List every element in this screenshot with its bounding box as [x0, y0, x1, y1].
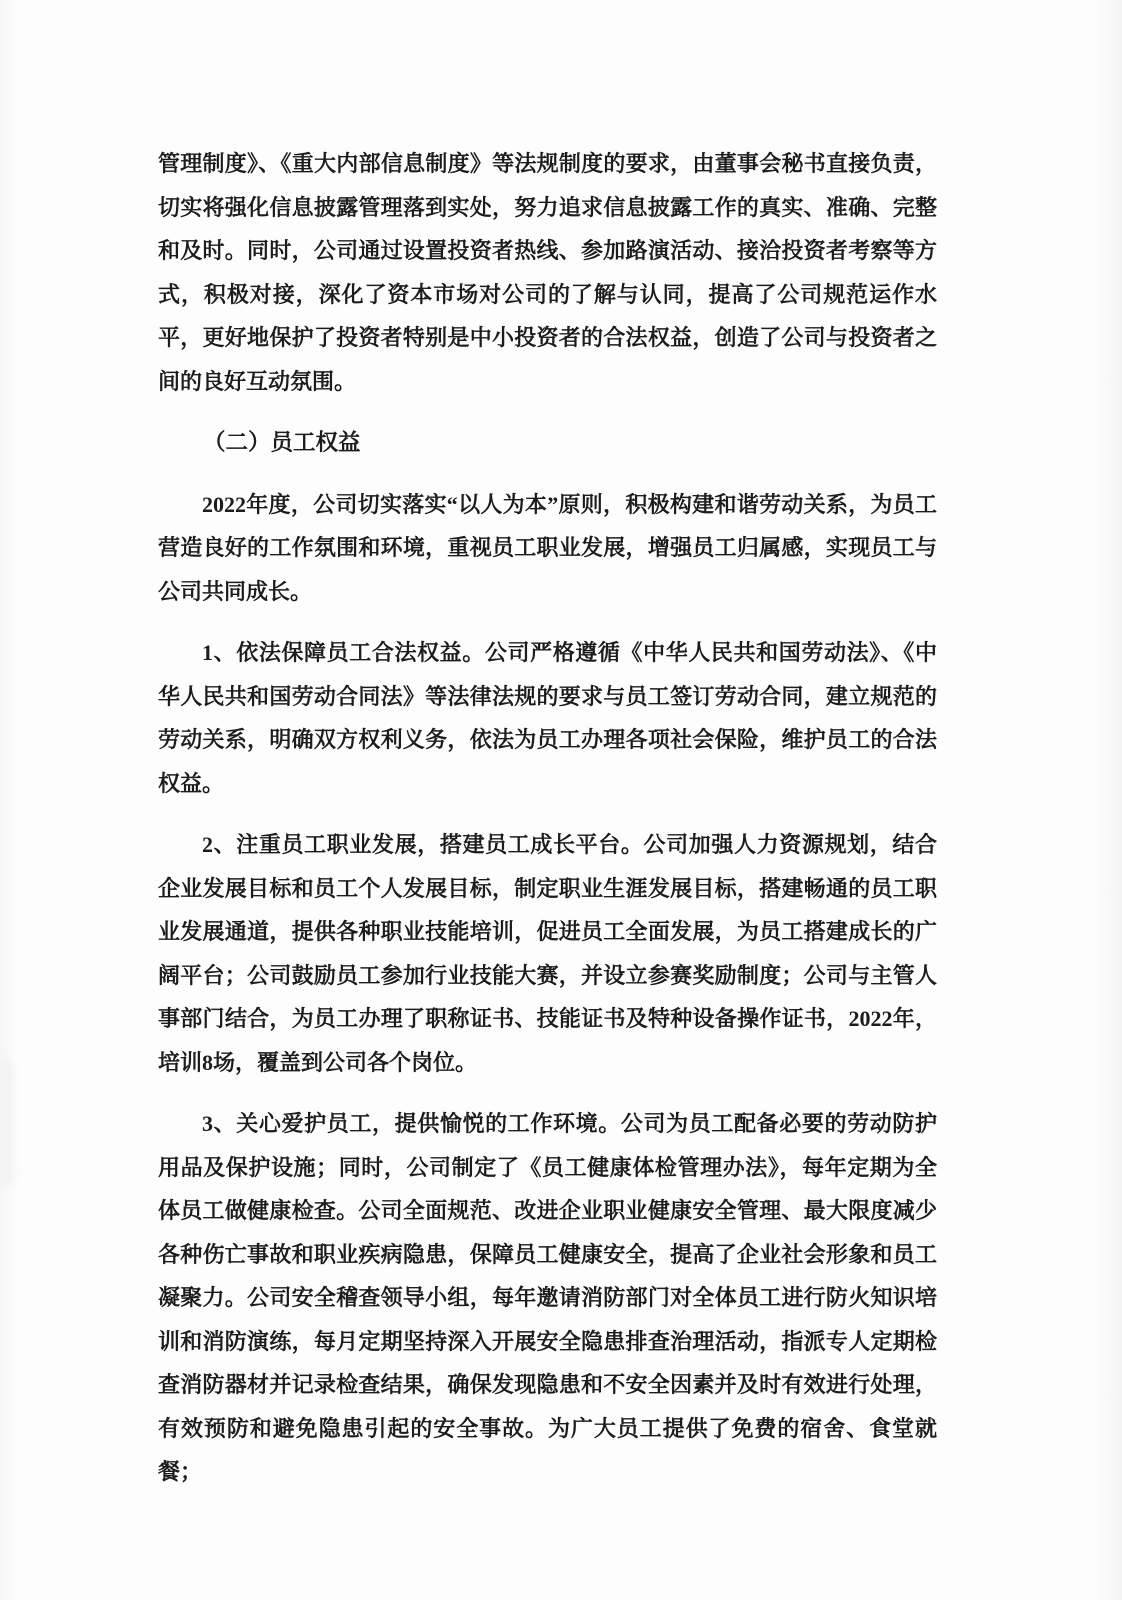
paragraph-continuation: 管理制度》、《重大内部信息制度》等法规制度的要求，由董事会秘书直接负责，切实将强… — [158, 142, 937, 403]
paragraph-item-3: 3、关心爱护员工，提供愉悦的工作环境。公司为员工配备必要的劳动防护用品及保护设施… — [158, 1102, 937, 1494]
document-page: 管理制度》、《重大内部信息制度》等法规制度的要求，由董事会秘书直接负责，切实将强… — [0, 0, 1122, 1600]
paragraph-intro: 2022年度，公司切实落实“以人为本”原则，积极构建和谐劳动关系，为员工营造良好… — [158, 483, 937, 614]
section-heading: （二）员工权益 — [158, 421, 937, 465]
paragraph-item-1: 1、依法保障员工合法权益。公司严格遵循《中华人民共和国劳动法》、《中华人民共和国… — [158, 631, 937, 805]
text-content: 管理制度》、《重大内部信息制度》等法规制度的要求，由董事会秘书直接负责，切实将强… — [158, 142, 937, 1512]
scan-artifact — [0, 1058, 14, 1188]
paragraph-item-2: 2、注重员工职业发展，搭建员工成长平台。公司加强人力资源规划，结合企业发展目标和… — [158, 823, 937, 1084]
